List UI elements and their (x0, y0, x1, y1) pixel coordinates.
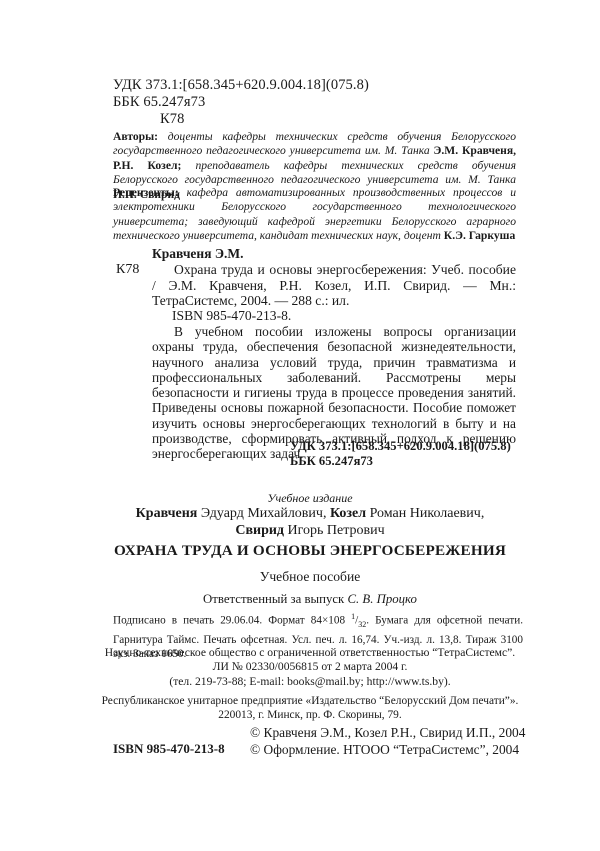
printer-address: 220013, г. Минск, пр. Ф. Скорины, 79. (100, 708, 520, 722)
catalog-code: К78 (116, 262, 139, 278)
print-details-text: Подписано в печать 29.06.04. Формат 84×1… (113, 615, 345, 627)
author-given: Роман Николаевич, (370, 506, 485, 521)
publisher-license: ЛИ № 02330/0056815 от 2 марта 2004 г. (100, 660, 520, 674)
author-surname: Козел (330, 506, 366, 521)
authors-label: Авторы: (113, 130, 158, 143)
author-mark: К78 (113, 111, 369, 128)
imprint-authors: Кравченя Эдуард Михайлович, Козел Роман … (100, 505, 520, 539)
author-surname: Свирид (235, 523, 284, 538)
author-surname: Кравченя (136, 506, 198, 521)
reviewers-label: Рецензенты: (113, 186, 179, 199)
responsible-name: С. В. Процко (347, 592, 416, 606)
book-subtitle: Учебное пособие (100, 569, 520, 585)
udk-code: УДК 373.1:[658.345+620.9.004.18](075.8) (113, 77, 369, 94)
catalog-isbn: ISBN 985-470-213-8. (172, 308, 291, 324)
publisher-contacts: (тел. 219-73-88; E-mail: books@mail.by; … (100, 675, 520, 689)
reviewers-paragraph: Рецензенты: кафедра автоматизированных п… (113, 186, 516, 244)
printer-info: Республиканское унитарное предприятие «И… (100, 694, 520, 723)
author-given: Эдуард Михайлович, (201, 506, 327, 521)
copyright-authors: © Кравченя Э.М., Козел Р.Н., Свирид И.П.… (250, 725, 525, 742)
responsible-label: Ответственный за выпуск (203, 592, 344, 606)
edition-type: Учебное издание (100, 491, 520, 506)
publisher-line: Научно-техническое общество с ограниченн… (100, 646, 520, 660)
classification-repeat: УДК 373.1:[658.345+620.9.004.18](075.8) … (290, 439, 511, 468)
printer-line: Республиканское унитарное предприятие «И… (100, 694, 520, 708)
imprint-authors-line-2: Свирид Игорь Петрович (100, 522, 520, 539)
imprint-authors-line-1: Кравченя Эдуард Михайлович, Козел Роман … (100, 505, 520, 522)
reviewer-name: К.Э. Гаркуша (444, 229, 515, 242)
author-given: Игорь Петрович (288, 523, 385, 538)
classification-block: УДК 373.1:[658.345+620.9.004.18](075.8) … (113, 77, 369, 128)
format-fraction-numerator: 1 (351, 612, 355, 621)
catalog-author: Кравченя Э.М. (152, 246, 244, 262)
copyright-design: © Оформление. НТООО “ТетраСистемс”, 2004 (250, 742, 525, 759)
book-title: ОХРАНА ТРУДА И ОСНОВЫ ЭНЕРГОСБЕРЕЖЕНИЯ (100, 542, 520, 560)
bbk-code-repeat: ББК 65.247я73 (290, 454, 511, 469)
isbn: ISBN 985-470-213-8 (113, 741, 225, 757)
copyright-block: © Кравченя Э.М., Козел Р.Н., Свирид И.П.… (250, 725, 525, 758)
publisher-info: Научно-техническое общество с ограниченн… (100, 646, 520, 689)
catalog-description-text: Охрана труда и основы энергосбережения: … (152, 262, 516, 309)
catalog-description: Охрана труда и основы энергосбережения: … (152, 262, 516, 309)
udk-code-repeat: УДК 373.1:[658.345+620.9.004.18](075.8) (290, 439, 511, 454)
responsible-editor: Ответственный за выпуск С. В. Процко (100, 592, 520, 607)
bbk-code: ББК 65.247я73 (113, 94, 369, 111)
